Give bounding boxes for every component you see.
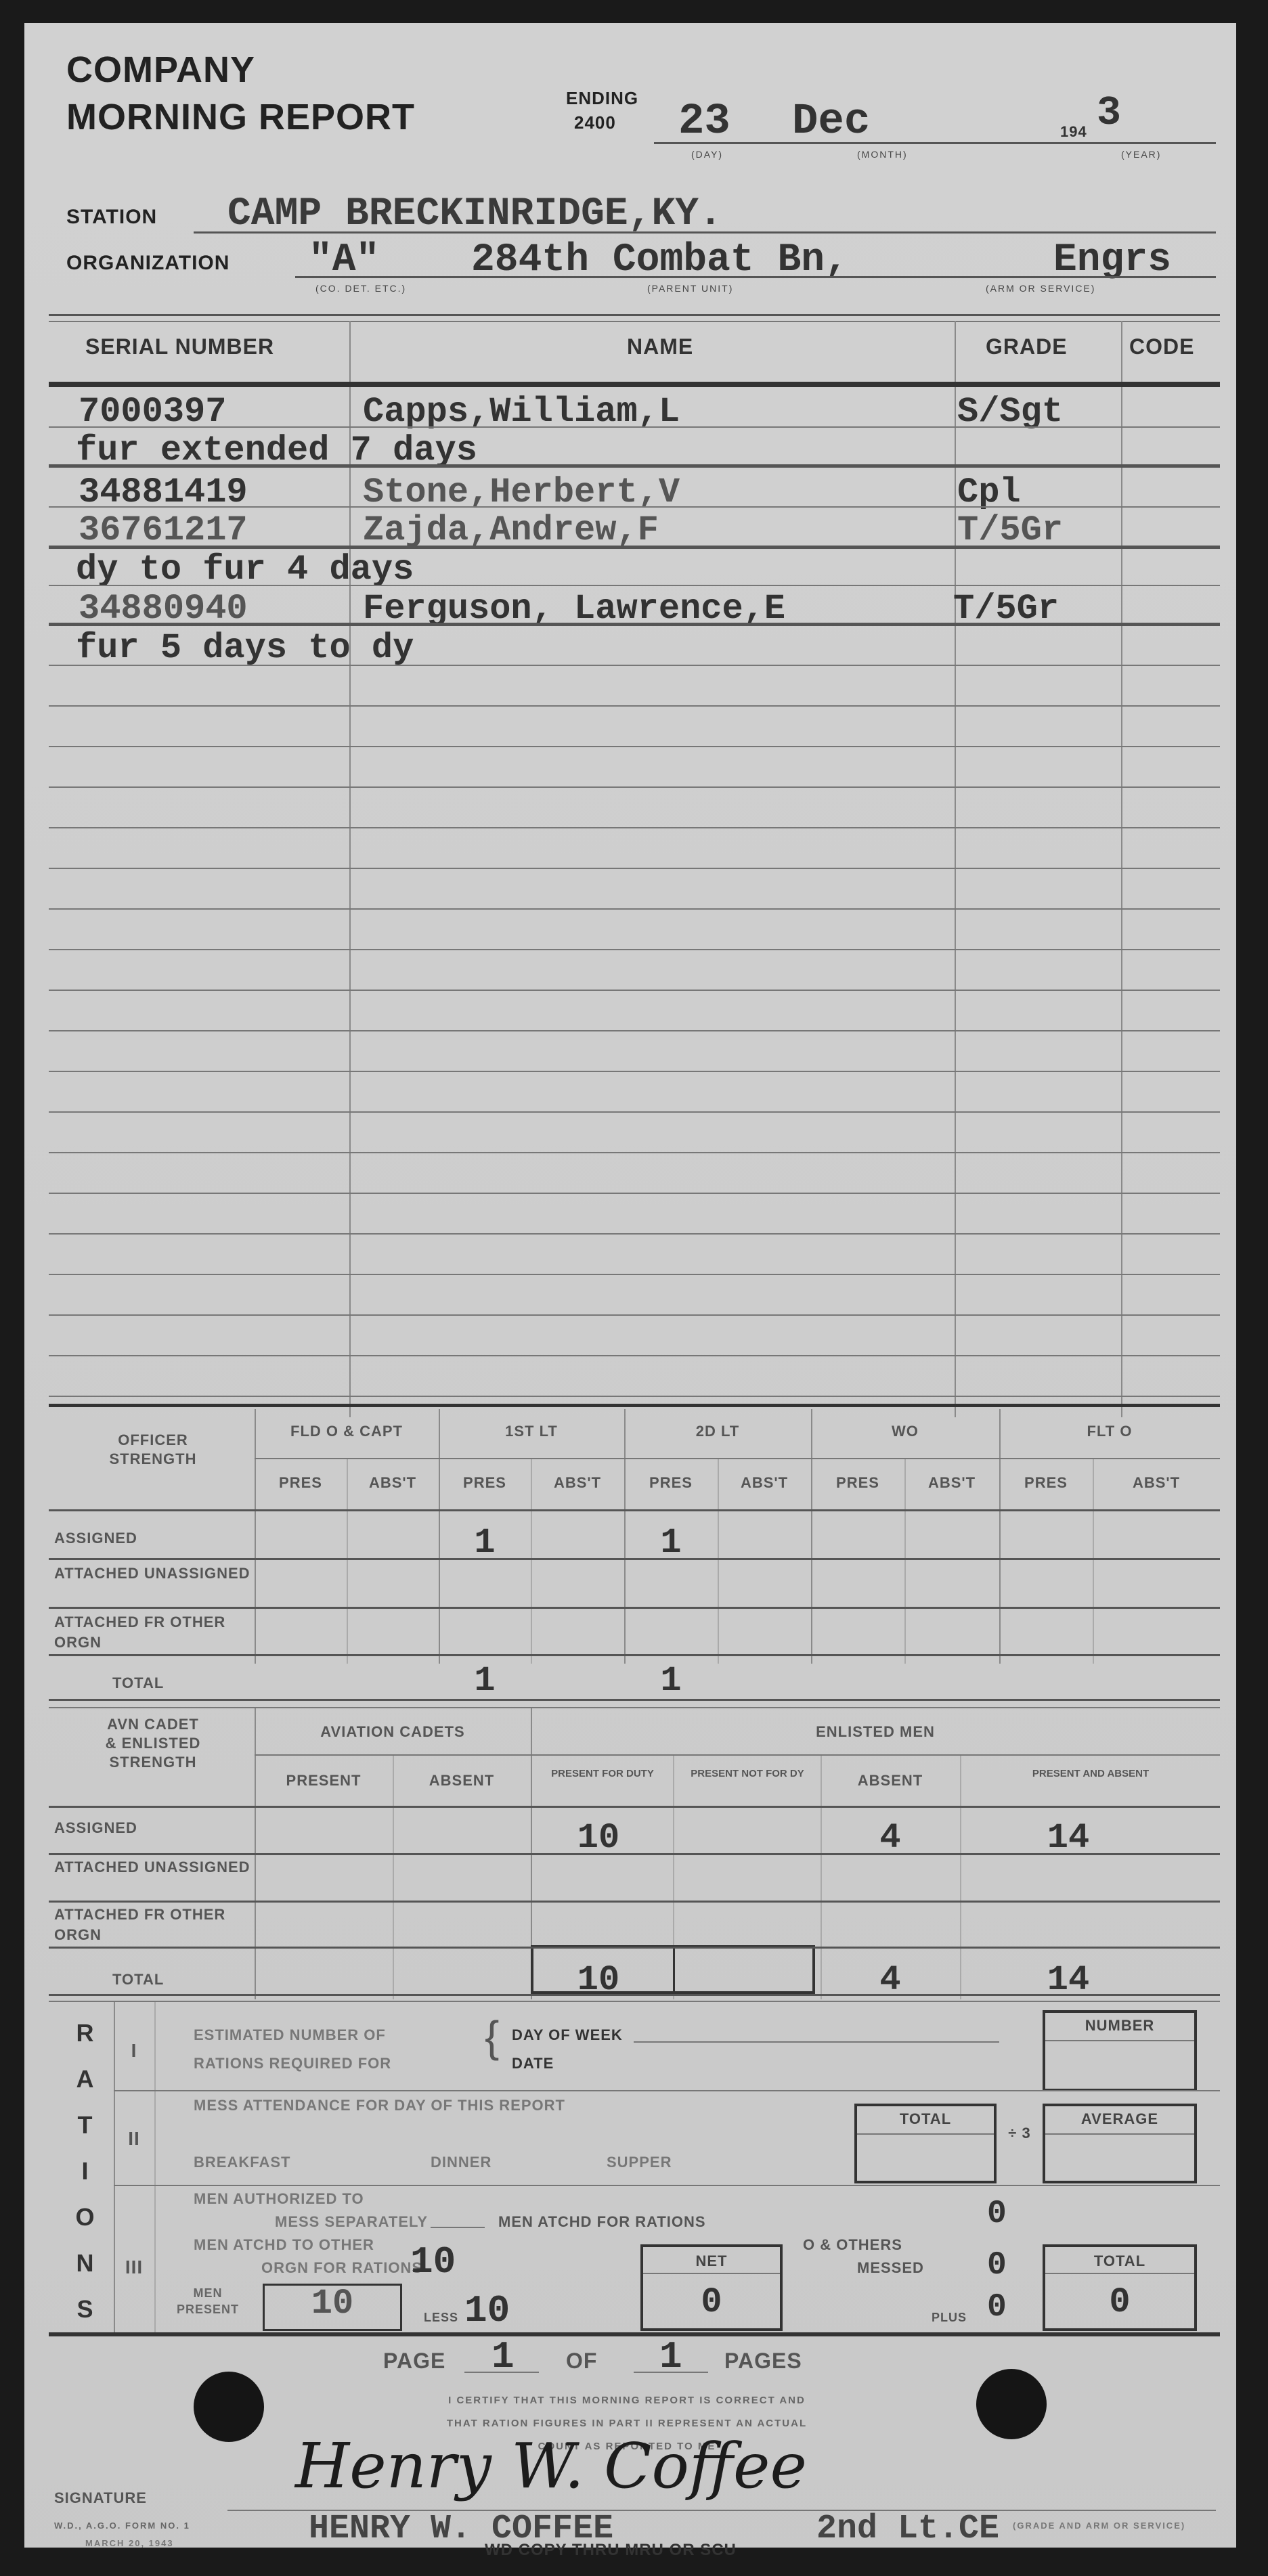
- day-of-week-label: DAY OF WEEK: [512, 2026, 623, 2044]
- officer-1st-lt-pres-assigned: 1: [439, 1523, 531, 1563]
- average-box-label: AVERAGE: [1043, 2110, 1197, 2128]
- enlisted-present-and-absent-assigned: 14: [960, 1818, 1177, 1858]
- sub-present-not-for-dy: PRESENT NOT FOR DY: [677, 1762, 818, 1785]
- total-box-label: TOTAL: [854, 2110, 997, 2128]
- enlisted-absent-assigned: 4: [821, 1818, 960, 1858]
- officers-messed-value: 0: [987, 2247, 1007, 2284]
- men-present-value: 10: [263, 2284, 402, 2324]
- total-value: 0: [1043, 2282, 1197, 2322]
- station-value: CAMP BRECKINRIDGE,KY.: [227, 192, 722, 236]
- net-value: 0: [640, 2282, 783, 2322]
- sub-pres: PRES: [999, 1474, 1093, 1492]
- roster-grade: T/5Gr: [957, 510, 1063, 550]
- enlisted-present-for-duty-assigned: 10: [531, 1818, 666, 1858]
- group-2d-lt: 2D LT: [624, 1423, 811, 1440]
- signature-label: SIGNATURE: [54, 2489, 147, 2507]
- men-present-label: MEN PRESENT: [157, 2285, 259, 2317]
- year-caption: (YEAR): [1121, 149, 1161, 160]
- officer-strength-title-line2: STRENGTH: [51, 1450, 255, 1469]
- net-box-label: NET: [640, 2252, 783, 2270]
- roster-serial: 36761217: [79, 510, 248, 550]
- sub-enlisted-absent: ABSENT: [821, 1772, 960, 1790]
- rations-letter: T: [65, 2102, 106, 2148]
- row-label-attached-unassigned: ATTACHED UNASSIGNED: [54, 1857, 250, 1878]
- sub-cadets-absent: ABSENT: [393, 1772, 531, 1790]
- aviation-cadets-header: AVIATION CADETS: [255, 1723, 531, 1741]
- rations-letter: I: [65, 2148, 106, 2194]
- roster-name: Zajda,Andrew,F: [363, 510, 659, 550]
- group-1st-lt: 1ST LT: [439, 1423, 624, 1440]
- typed-rank: 2nd Lt.CE: [816, 2510, 999, 2548]
- officer-2d-lt-pres-assigned: 1: [624, 1523, 718, 1563]
- sub-pres: PRES: [255, 1474, 347, 1492]
- enlisted-title-line1: AVN CADET: [51, 1715, 255, 1734]
- men-atchd-rations-value: 0: [987, 2196, 1007, 2232]
- rations-letter: N: [65, 2240, 106, 2286]
- group-fld-o-capt: FLD O & CAPT: [255, 1423, 439, 1440]
- date-label: DATE: [512, 2055, 554, 2072]
- month-caption: (MONTH): [857, 149, 908, 160]
- sub-pres: PRES: [624, 1474, 718, 1492]
- sub-abst: ABS'T: [718, 1474, 811, 1492]
- brace: {: [485, 2012, 500, 2062]
- ending-time: 2400: [574, 112, 616, 133]
- morning-report-form: COMPANY MORNING REPORT ENDING 2400 23 De…: [24, 23, 1236, 2548]
- men-present-line1: MEN: [157, 2285, 259, 2301]
- year-prefix: 194: [1060, 123, 1087, 141]
- rations-letter: S: [65, 2286, 106, 2332]
- ending-label: ENDING: [566, 88, 638, 109]
- men-atchd-other-line2: ORGN FOR RATIONS: [261, 2259, 422, 2277]
- report-month: Dec: [792, 97, 870, 146]
- number-box-label: NUMBER: [1043, 2017, 1197, 2035]
- punch-hole-right: [976, 2369, 1047, 2439]
- men-atchd-other-line1: MEN ATCHD TO OTHER: [194, 2236, 374, 2254]
- rations-side-label: R A T I O N S: [65, 2010, 106, 2332]
- certify-line1: I CERTIFY THAT THIS MORNING REPORT IS CO…: [336, 2389, 918, 2412]
- form-date: MARCH 20, 1943: [85, 2538, 174, 2548]
- form-number: W.D., A.G.O. FORM NO. 1: [54, 2521, 190, 2531]
- col-grade: GRADE: [986, 334, 1068, 359]
- total-box-label: TOTAL: [1043, 2252, 1197, 2270]
- rations-letter: O: [65, 2194, 106, 2240]
- of-label: OF: [566, 2349, 597, 2374]
- group-flt-o: FLT O: [999, 1423, 1220, 1440]
- men-atchd-rations-label: MEN ATCHD FOR RATIONS: [498, 2213, 706, 2231]
- page-label: PAGE: [383, 2349, 445, 2374]
- sub-abst: ABS'T: [904, 1474, 999, 1492]
- sub-pres: PRES: [439, 1474, 531, 1492]
- less-label: LESS: [424, 2311, 458, 2325]
- row-label-total: TOTAL: [112, 1674, 164, 1692]
- divide-by-three: ÷ 3: [997, 2120, 1043, 2147]
- part-i-label-line2: RATIONS REQUIRED FOR: [194, 2055, 391, 2072]
- report-day: 23: [678, 97, 730, 146]
- sub-present-for-duty: PRESENT FOR DUTY: [535, 1762, 670, 1785]
- mess-separately-line2: MESS SEPARATELY: [275, 2213, 428, 2231]
- roster-note: fur 5 days to dy: [76, 628, 414, 668]
- breakfast-label: BREAKFAST: [194, 2154, 290, 2171]
- company-caption: (CO. DET. ETC.): [315, 283, 406, 294]
- organization-label: ORGANIZATION: [66, 252, 229, 275]
- sub-abst: ABS'T: [1093, 1474, 1220, 1492]
- arm-caption: (ARM OR SERVICE): [986, 283, 1095, 294]
- station-label: STATION: [66, 206, 157, 229]
- report-year: 3: [1097, 91, 1121, 137]
- men-atchd-other-value: 10: [410, 2240, 456, 2284]
- punch-hole-left: [194, 2372, 264, 2442]
- row-label-attached-other: ATTACHED FR OTHER ORGN: [54, 1612, 250, 1653]
- officer-strength-title-line1: OFFICER: [51, 1431, 255, 1450]
- part-i-numeral: I: [114, 2040, 154, 2062]
- signature: Henry W. Coffee: [295, 2430, 807, 2502]
- sub-present-and-absent: PRESENT AND ABSENT: [965, 1762, 1216, 1785]
- dinner-label: DINNER: [431, 2154, 491, 2171]
- part-i-label-line1: ESTIMATED NUMBER OF: [194, 2026, 386, 2044]
- part-iii-numeral: III: [114, 2257, 154, 2278]
- row-label-assigned: ASSIGNED: [54, 1530, 137, 1547]
- form-title-line1: COMPANY: [66, 49, 255, 91]
- sub-cadets-present: PRESENT: [255, 1772, 393, 1790]
- sub-abst: ABS'T: [531, 1474, 624, 1492]
- col-name: NAME: [627, 334, 693, 359]
- part-ii-numeral: II: [114, 2128, 154, 2150]
- men-present-line2: PRESENT: [157, 2301, 259, 2317]
- enlisted-title-line2: & ENLISTED: [51, 1734, 255, 1753]
- officers-messed-line2: MESSED: [857, 2259, 924, 2277]
- officers-messed-line1: O & OTHERS: [803, 2236, 902, 2254]
- group-wo: WO: [811, 1423, 999, 1440]
- rations-letter: A: [65, 2056, 106, 2102]
- row-label-attached-other: ATTACHED FR OTHER ORGN: [54, 1905, 250, 1945]
- copy-note: WD COPY THRU MRU OR SCU: [485, 2541, 737, 2560]
- parent-unit-caption: (PARENT UNIT): [647, 283, 733, 294]
- rations-letter: R: [65, 2010, 106, 2056]
- enlisted-men-header: ENLISTED MEN: [531, 1723, 1220, 1741]
- supper-label: SUPPER: [607, 2154, 672, 2171]
- mess-attendance-label: MESS ATTENDANCE FOR DAY OF THIS REPORT: [194, 2097, 565, 2114]
- day-caption: (DAY): [691, 149, 723, 160]
- officer-1st-lt-pres-total: 1: [439, 1661, 531, 1701]
- row-label-total: TOTAL: [112, 1971, 164, 1989]
- less-value: 10: [464, 2289, 510, 2332]
- officer-strength-title: OFFICER STRENGTH: [51, 1431, 255, 1469]
- col-serial-number: SERIAL NUMBER: [85, 334, 274, 359]
- sub-pres: PRES: [811, 1474, 904, 1492]
- enlisted-strength-title: AVN CADET & ENLISTED STRENGTH: [51, 1715, 255, 1772]
- grade-caption: (GRADE AND ARM OR SERVICE): [1013, 2521, 1185, 2531]
- roster-note: dy to fur 4 days: [76, 550, 414, 590]
- plus-label: PLUS: [932, 2311, 967, 2325]
- plus-value: 0: [987, 2289, 1007, 2326]
- enlisted-title-line3: STRENGTH: [51, 1753, 255, 1772]
- mess-separately-line1: MEN AUTHORIZED TO: [194, 2190, 364, 2208]
- col-code: CODE: [1129, 334, 1194, 359]
- form-title-line2: MORNING REPORT: [66, 96, 415, 138]
- officer-2d-lt-pres-total: 1: [624, 1661, 718, 1701]
- pages-label: PAGES: [724, 2349, 802, 2374]
- sub-abst: ABS'T: [347, 1474, 439, 1492]
- row-label-attached-unassigned: ATTACHED UNASSIGNED: [54, 1563, 250, 1584]
- row-label-assigned: ASSIGNED: [54, 1819, 137, 1837]
